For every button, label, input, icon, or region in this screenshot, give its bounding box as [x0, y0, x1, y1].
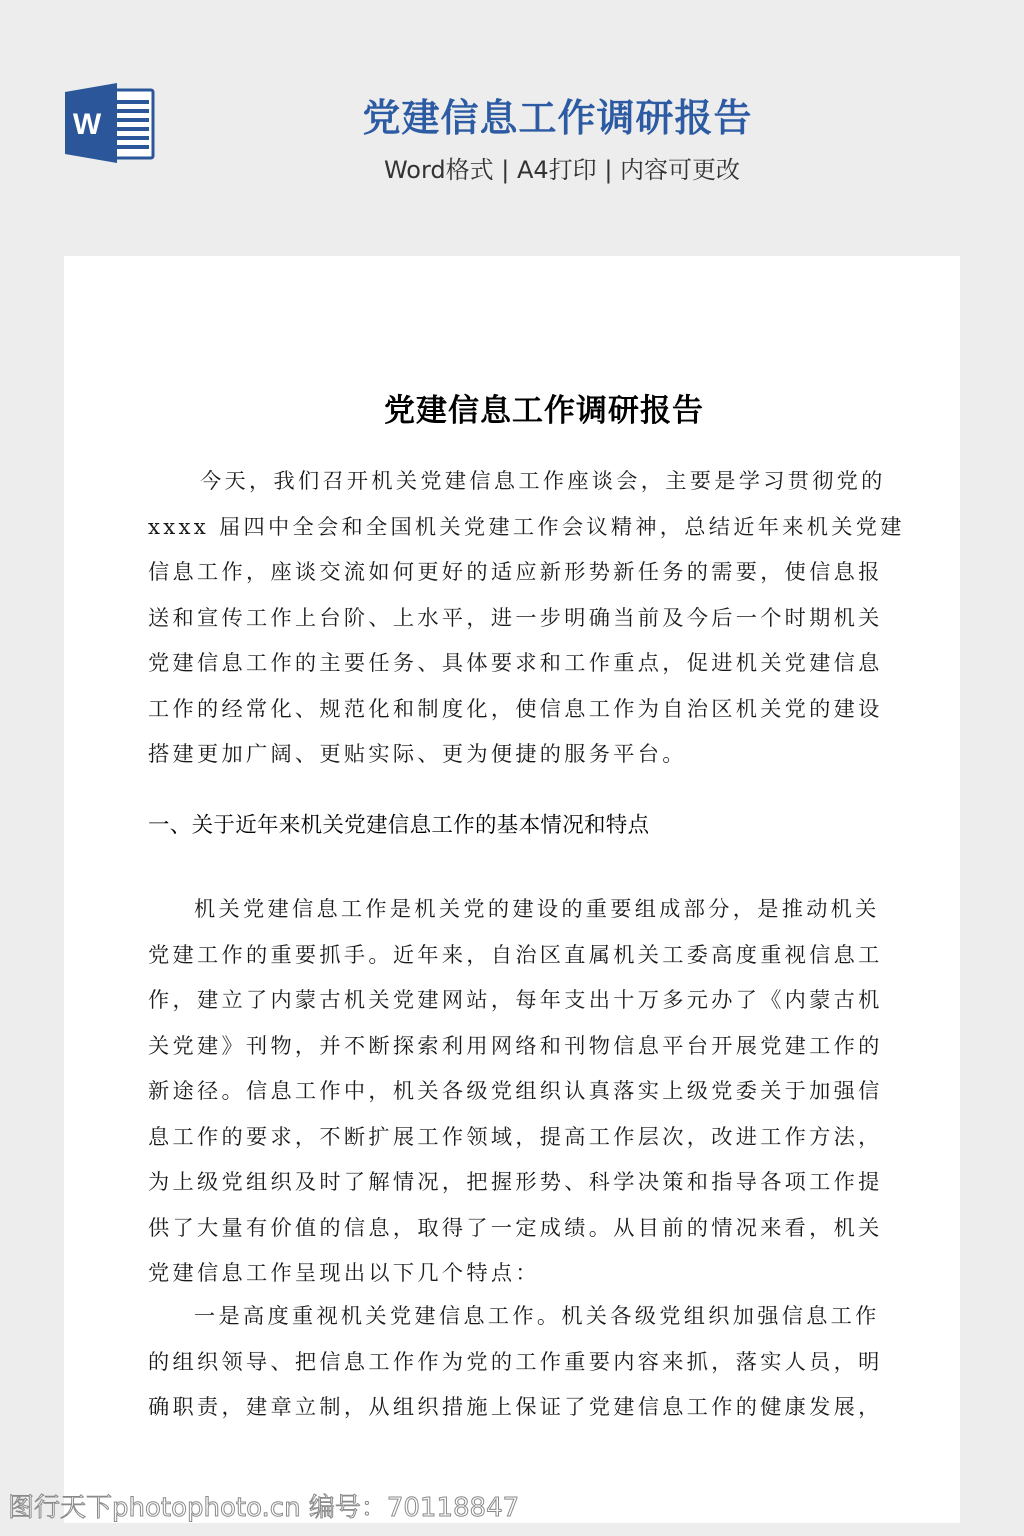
banner-title: 党建信息工作调研报告: [0, 92, 1024, 144]
watermark-text: 图行天下photophoto.cn 编号：70118847: [8, 1488, 519, 1528]
text-line: 机关党建信息工作是机关党的建设的重要组成部分，是推动机关: [148, 886, 880, 932]
text-line: 党建信息工作的主要任务、具体要求和工作重点，促进机关党建信息: [148, 640, 880, 686]
text-line: 党建信息工作呈现出以下几个特点：: [148, 1250, 880, 1296]
text-line: 确职责，建章立制，从组织措施上保证了党建信息工作的健康发展，: [148, 1384, 880, 1430]
text-line: xxxx 届四中全会和全国机关党建工作会议精神，总结近年来机关党建: [148, 504, 880, 550]
paragraph-basic-situation: 机关党建信息工作是机关党的建设的重要组成部分，是推动机关 党建工作的重要抓手。近…: [148, 886, 880, 1296]
text-line: 供了大量有价值的信息，取得了一定成绩。从目前的情况来看，机关: [148, 1205, 880, 1251]
text-line: 搭建更加广阔、更贴实际、更为便捷的服务平台。: [148, 731, 880, 777]
text-line: 一是高度重视机关党建信息工作。机关各级党组织加强信息工作: [148, 1293, 880, 1339]
paragraph-point-one: 一是高度重视机关党建信息工作。机关各级党组织加强信息工作 的组织领导、把信息工作…: [148, 1293, 880, 1430]
document-title: 党建信息工作调研报告: [0, 388, 1024, 434]
text-line: 送和宣传工作上台阶、上水平，进一步明确当前及今后一个时期机关: [148, 595, 880, 641]
section-heading-1: 一、关于近年来机关党建信息工作的基本情况和特点: [148, 806, 649, 846]
text-line: 工作的经常化、规范化和制度化，使信息工作为自治区机关党的建设: [148, 686, 880, 732]
text-line: 关党建》刊物，并不断探索利用网络和刊物信息平台开展党建工作的: [148, 1023, 880, 1069]
banner-subtitle: Word格式 | A4打印 | 内容可更改: [0, 152, 1024, 188]
text-line: 新途径。信息工作中，机关各级党组织认真落实上级党委关于加强信: [148, 1068, 880, 1114]
header-banner: W 党建信息工作调研报告 Word格式 | A4打印 | 内容可更改: [0, 0, 1024, 256]
text-line: 今天，我们召开机关党建信息工作座谈会，主要是学习贯彻党的: [148, 458, 880, 504]
text-line: 作，建立了内蒙古机关党建网站，每年支出十万多元办了《内蒙古机: [148, 977, 880, 1023]
text-line: 为上级党组织及时了解情况，把握形势、科学决策和指导各项工作提: [148, 1159, 880, 1205]
paragraph-intro: 今天，我们召开机关党建信息工作座谈会，主要是学习贯彻党的 xxxx 届四中全会和…: [148, 458, 880, 777]
text-line: 党建工作的重要抓手。近年来，自治区直属机关工委高度重视信息工: [148, 932, 880, 978]
text-line: 信息工作，座谈交流如何更好的适应新形势新任务的需要，使信息报: [148, 549, 880, 595]
text-line: 息工作的要求，不断扩展工作领域，提高工作层次，改进工作方法，: [148, 1114, 880, 1160]
text-line: 的组织领导、把信息工作作为党的工作重要内容来抓，落实人员，明: [148, 1339, 880, 1385]
